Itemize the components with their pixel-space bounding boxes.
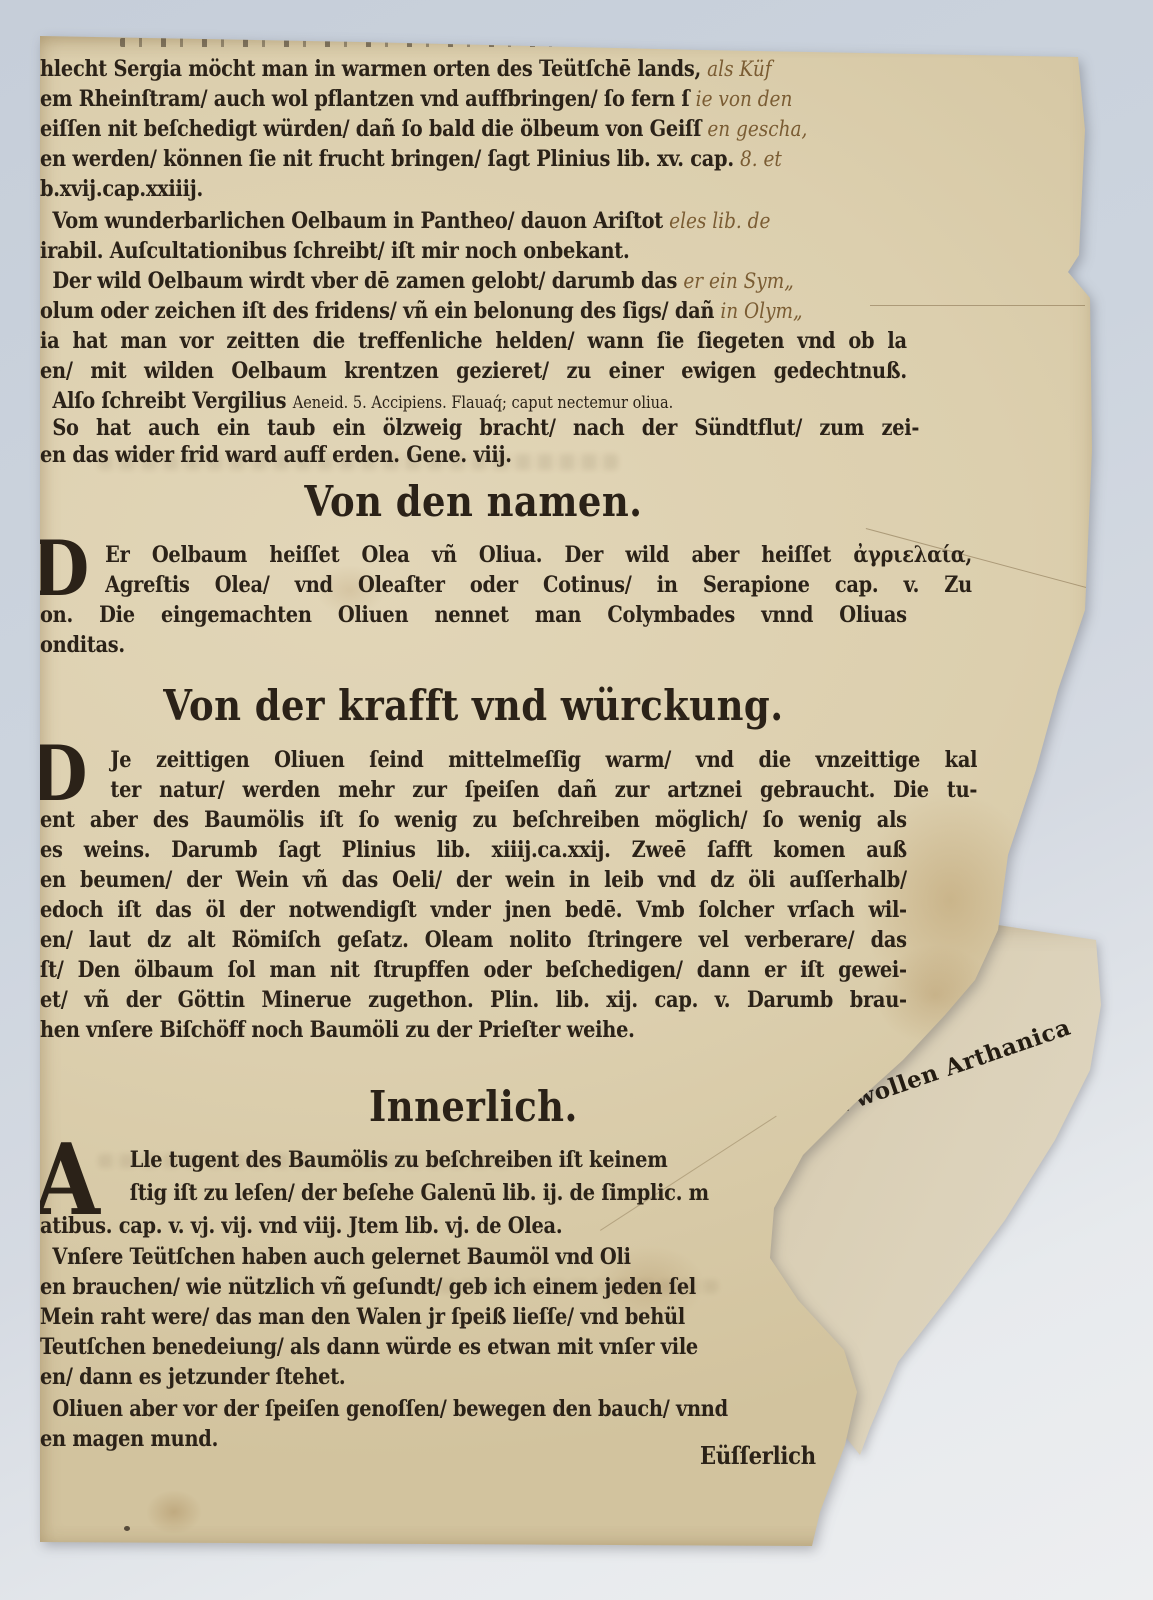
text-line: en das wider frid ward auff erden. Gene.…	[40, 441, 907, 471]
page-sheet-wrapper: hlecht Sergia möcht man in warmen orten …	[0, 0, 1153, 1600]
text-line: en beumen/ der Wein vñ das Oeli/ der wei…	[40, 866, 907, 896]
text-line: es weins. Darumb ſagt Plinius lib. xiiij…	[40, 836, 907, 866]
text-line: ſtig iſt zu leſen/ der beſehe Galenū lib…	[40, 1179, 997, 1209]
text-line: on. Die eingemachten Oliuen nennet man C…	[40, 601, 907, 631]
text-line: em Rheinſtram/ auch wol pflantzen vnd au…	[40, 85, 907, 115]
text-line: irabil. Auſcultationibus ſchreibt/ iſt m…	[40, 237, 907, 267]
text-line: atibus. cap. v. vj. vij. vnd viij. Jtem …	[40, 1212, 907, 1242]
text-line: en werden/ können ſie nit frucht bringen…	[40, 145, 907, 175]
text-line: ſt/ Den ölbaum ſol man nit ſtrupffen ode…	[40, 956, 907, 986]
section-heading-internal: Innerlich.	[40, 1082, 907, 1132]
text-line: Alſo ſchreibt Vergilius Aeneid. 5. Accip…	[40, 387, 919, 417]
text-line: en/ mit wilden Oelbaum krentzen gezieret…	[40, 357, 907, 387]
marginalia-note: als Küf	[707, 57, 771, 81]
marginalia-note: er ein Sym„	[683, 269, 793, 293]
latin-citation: Aeneid. 5. Accipiens. Flauaq́; caput nec…	[293, 393, 674, 412]
text-line: en/ laut dz alt Römiſch geſatz. Oleam no…	[40, 926, 907, 956]
text-line: ia hat man vor zeitten die treffenliche …	[40, 327, 907, 357]
text-line: Der wild Oelbaum wirdt vber dē zamen gel…	[40, 267, 919, 297]
marginalia-note: in Olym„	[720, 299, 802, 323]
text-line: eiſſen nit beſchedigt würden/ dañ ſo bal…	[40, 115, 907, 145]
section-heading-names: Von den namen.	[40, 477, 907, 527]
text-line: hen vnſere Biſchöff noch Baumöli zu der …	[40, 1016, 907, 1046]
text-line: hlecht Sergia möcht man in warmen orten …	[40, 55, 907, 85]
text-line: Agreſtis Olea/ vnd Oleaſter oder Cotinus…	[40, 571, 972, 601]
text-line: ter natur/ werden mehr zur ſpeiſen dañ z…	[40, 776, 977, 806]
text-line: So hat auch ein taub ein ölzweig bracht/…	[40, 414, 919, 444]
text-line: Vom wunderbarlichen Oelbaum in Pantheo/ …	[40, 207, 919, 237]
marginalia-note: 8. et	[740, 147, 782, 171]
page-sheet: hlecht Sergia möcht man in warmen orten …	[38, 34, 1103, 1549]
text-line: Vnſere Teütſchen haben auch gelernet Bau…	[40, 1243, 919, 1273]
text-column: hlecht Sergia möcht man in warmen orten …	[40, 34, 907, 1549]
text-line: Teutſchen benedeiung/ als dann würde es …	[40, 1333, 907, 1363]
text-line: b.xvij.cap.xxiiij.	[40, 175, 907, 205]
marginalia-note: ie von den	[696, 87, 793, 111]
text-line: Oliuen aber vor der ſpeiſen genoſſen/ be…	[40, 1395, 919, 1425]
marginalia-note: en gescha,	[707, 117, 807, 141]
scan-backdrop: { "headings": { "h1": "Von den namen.", …	[0, 0, 1153, 1600]
catchword: Eüſſerlich	[700, 1441, 816, 1470]
marginalia-note: eles lib. de	[669, 209, 770, 233]
text-line: Lle tugent des Baumölis zu beſchreiben i…	[40, 1146, 997, 1176]
text-line: et/ vñ der Göttin Minerue zugethon. Plin…	[40, 986, 907, 1016]
text-line: edoch iſt das öl der notwendigſt vnder j…	[40, 896, 907, 926]
section-heading-power: Von der krafft vnd würckung.	[40, 681, 907, 731]
text-line: onditas.	[40, 631, 907, 661]
text-line: en/ dann es jetzunder ſtehet.	[40, 1363, 907, 1393]
text-line: en brauchen/ wie nützlich vñ geſundt/ ge…	[40, 1273, 907, 1303]
text-line: Mein raht were/ das man den Walen jr ſpe…	[40, 1303, 907, 1333]
text-line: ent aber des Baumölis iſt ſo wenig zu be…	[40, 806, 907, 836]
text-line: Er Oelbaum heiſſet Olea vñ Oliua. Der wi…	[40, 541, 972, 571]
text-line: olum oder zeichen iſt des fridens/ vñ ei…	[40, 297, 907, 327]
text-line: Je zeittigen Oliuen ſeind mittelmeſſig w…	[40, 746, 977, 776]
